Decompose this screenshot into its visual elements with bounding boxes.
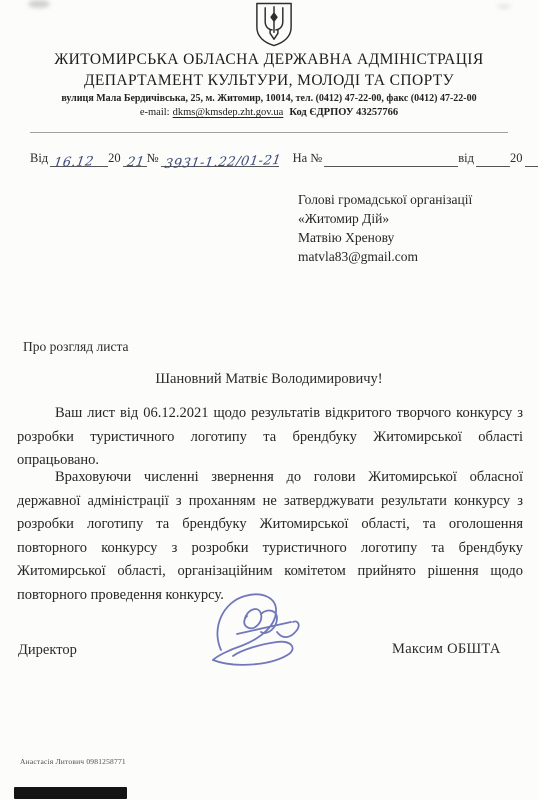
org-email: dkms@kmsdep.zht.gov.ua [173, 107, 284, 118]
outgoing-year-field: 21 [123, 150, 147, 167]
outgoing-date-label: Від [30, 151, 50, 167]
handwritten-number: 3931-1.22/01-21 [163, 153, 282, 172]
number-sign: № [147, 151, 161, 167]
signer-name: Максим ОБШТА [392, 641, 501, 658]
handwritten-year: 21 [126, 155, 146, 171]
email-label: e-mail: [140, 107, 170, 118]
reply-to-label: На № [293, 151, 325, 167]
handwritten-signature [193, 588, 323, 678]
header-divider [30, 132, 508, 133]
redaction-bar [14, 787, 127, 799]
signer-position-title: Директор [18, 642, 77, 659]
recipient-line-name: Матвію Хренову [298, 228, 472, 247]
ukraine-trident-emblem-icon [251, 2, 297, 47]
reference-line: Від 16.12 20 21 № 3931-1.22/01-21 На № в… [30, 147, 522, 167]
scanned-letter-page: ЖИТОМИРСЬКА ОБЛАСНА ДЕРЖАВНА АДМІНІСТРАЦ… [0, 0, 538, 800]
org-name-line2: ДЕПАРТАМЕНТ КУЛЬТУРИ, МОЛОДІ ТА СПОРТУ [0, 72, 538, 90]
edrpou-code: Код ЄДРПОУ 43257766 [289, 107, 398, 118]
org-name-line1: ЖИТОМИРСЬКА ОБЛАСНА ДЕРЖАВНА АДМІНІСТРАЦ… [0, 51, 538, 69]
reply-year-field [525, 150, 538, 167]
org-contact-line: e-mail:dkms@kmsdep.zht.gov.uaКод ЄДРПОУ … [0, 107, 538, 118]
recipient-block: Голові громадської організації «Житомир … [298, 190, 472, 266]
recipient-line-email: matvla83@gmail.com [298, 247, 472, 266]
scan-smudge [497, 4, 511, 9]
body-paragraph-2: Враховуючи численні звернення до голови … [17, 466, 523, 607]
recipient-line-role: Голові громадської організації [298, 190, 472, 209]
org-address: вулиця Мала Бердичівська, 25, м. Житомир… [0, 93, 538, 104]
reply-from-label: від [458, 151, 476, 167]
outgoing-date-field: 16.12 [50, 150, 108, 167]
recipient-line-org: «Житомир Дій» [298, 209, 472, 228]
handwritten-date: 16.12 [53, 154, 95, 170]
outgoing-number-field: 3931-1.22/01-21 [161, 150, 279, 167]
salutation: Шановний Матвіє Володимировичу! [0, 371, 538, 388]
scan-smudge [28, 0, 50, 8]
body-paragraph-1: Ваш лист від 06.12.2021 щодо результатів… [17, 402, 523, 473]
reply-year-prefix: 20 [510, 151, 525, 167]
reply-number-field [324, 150, 458, 167]
executor-contact: Анастасія Литович 0981258771 [20, 757, 126, 766]
subject-line: Про розгляд листа [23, 339, 129, 355]
reply-date-field [476, 150, 510, 167]
year-prefix: 20 [108, 151, 123, 167]
